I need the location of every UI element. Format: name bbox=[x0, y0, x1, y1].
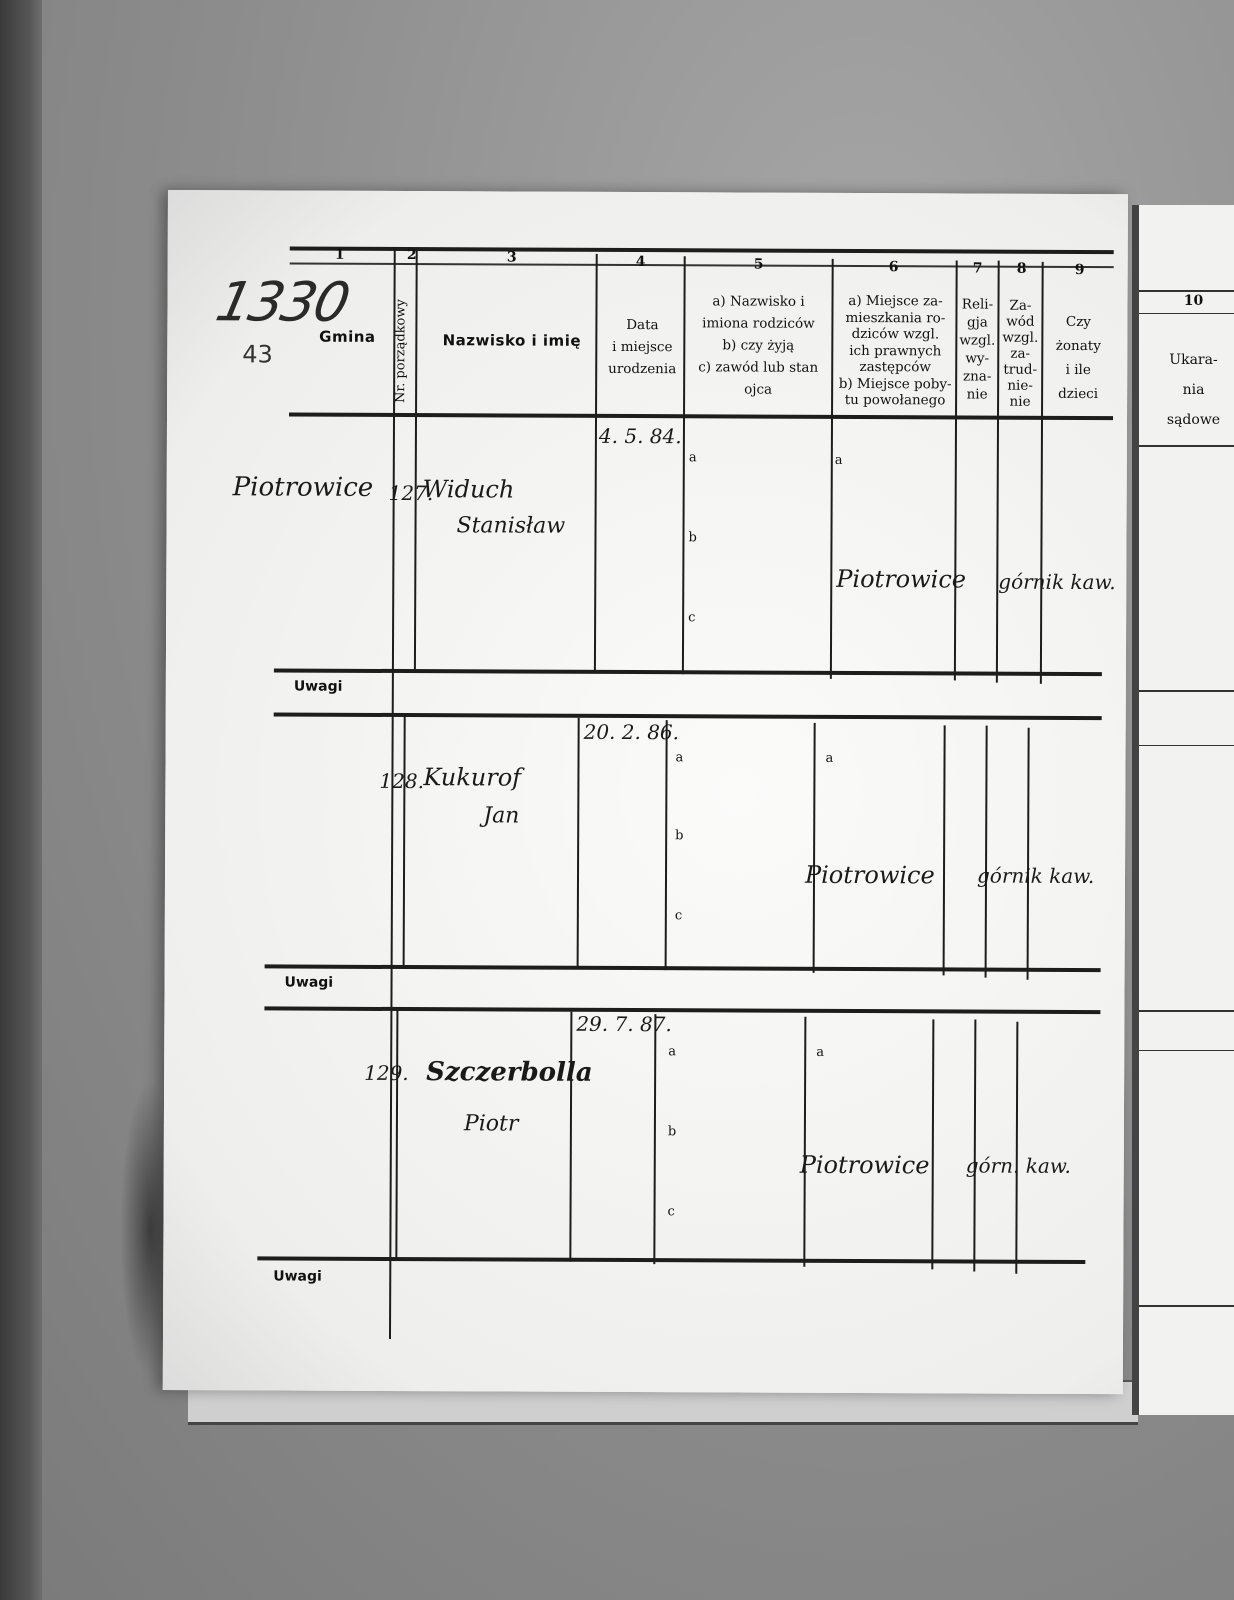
column-divider bbox=[577, 718, 580, 968]
column-title-rodzice: a) Nazwisko i imiona rodziców b) czy żyj… bbox=[683, 290, 833, 401]
row-separator bbox=[274, 668, 1102, 676]
header-bottom-rule bbox=[289, 413, 1113, 421]
rule bbox=[1139, 1305, 1234, 1307]
title-line: ojca bbox=[683, 378, 833, 401]
entry-1-occupation: górnik kaw. bbox=[998, 570, 1115, 595]
column-number-3: 3 bbox=[492, 249, 532, 265]
title-line: urodzenia bbox=[597, 358, 687, 380]
column-number-1: 1 bbox=[320, 247, 360, 263]
column-number-5: 5 bbox=[739, 256, 779, 272]
rule bbox=[1139, 690, 1234, 692]
title-line: wy- bbox=[956, 349, 998, 367]
title-line: i miejsce bbox=[597, 336, 687, 358]
column-title-10: Ukara- nia sądowe bbox=[1145, 345, 1234, 435]
row-separator bbox=[274, 712, 1102, 720]
entry-3-nr: 129. bbox=[364, 1061, 409, 1085]
column-title-miejsce-zamieszkania: a) Miejsce za- mieszkania ro- dziców wzg… bbox=[831, 293, 960, 409]
entry-1-given-name: Stanisław bbox=[456, 513, 565, 538]
sub-label-c: c bbox=[675, 908, 682, 923]
title-line: trud- bbox=[999, 362, 1041, 378]
row-separator bbox=[257, 1256, 1085, 1264]
column-title-nazwisko: Nazwisko i imię bbox=[429, 331, 594, 351]
archive-subnumber: 43 bbox=[242, 340, 273, 368]
column-title-religia: Reli- gja wzgl. wy- zna- nie bbox=[956, 295, 998, 403]
rule bbox=[1139, 1050, 1234, 1051]
column-number-8: 8 bbox=[1002, 261, 1042, 277]
title-line: za- bbox=[999, 346, 1041, 362]
sub-label-b: b bbox=[675, 828, 683, 843]
column-number-4: 4 bbox=[621, 254, 661, 270]
sub-label-c: c bbox=[688, 610, 695, 625]
title-line: imiona rodziców bbox=[683, 312, 833, 335]
column-title-data-urodzenia: Data i miejsce urodzenia bbox=[597, 314, 687, 380]
title-line: żonaty bbox=[1043, 334, 1113, 358]
title-line: mieszkania ro- bbox=[831, 309, 959, 326]
sub-label-b: b bbox=[668, 1124, 676, 1139]
title-line: a) Nazwisko i bbox=[683, 290, 833, 313]
column-divider bbox=[569, 1012, 572, 1262]
title-line: nie bbox=[999, 394, 1041, 410]
column-divider bbox=[985, 726, 988, 978]
register-page: 1 2 3 4 5 6 7 8 9 1330 43 Gmina Nr. porz… bbox=[163, 190, 1128, 1394]
title-line: b) Miejsce poby- bbox=[831, 375, 959, 392]
entry-2-surname: Kukurof bbox=[423, 763, 521, 791]
column-divider bbox=[665, 720, 668, 970]
column-divider bbox=[830, 259, 834, 679]
sub-label-a: a bbox=[825, 751, 833, 766]
entry-3-occupation: górn. kaw. bbox=[966, 1153, 1071, 1177]
title-line: b) czy żyją bbox=[683, 334, 833, 357]
entry-3-surname: Szczerbolla bbox=[426, 1057, 593, 1088]
column-number-2: 2 bbox=[392, 247, 432, 263]
title-line: wód bbox=[999, 314, 1041, 330]
column-number-9: 9 bbox=[1060, 262, 1100, 278]
entry-2-given-name: Jan bbox=[483, 803, 519, 828]
title-line: c) zawód lub stan bbox=[683, 356, 833, 379]
title-line: ich prawnych bbox=[831, 342, 959, 359]
remarks-label-1: Uwagi bbox=[294, 679, 343, 695]
title-line: sądowe bbox=[1145, 405, 1234, 435]
rule bbox=[1139, 1010, 1234, 1012]
sub-label-a: a bbox=[675, 750, 683, 765]
column-divider bbox=[954, 260, 958, 680]
column-divider bbox=[943, 725, 946, 975]
entry-2-birth-date: 20. 2. 86. bbox=[584, 720, 680, 744]
entry-1-surname: Widuch bbox=[423, 475, 515, 503]
title-line: wzgl. bbox=[999, 330, 1041, 346]
title-line: Data bbox=[597, 314, 687, 336]
column-title-gmina: Gmina bbox=[307, 328, 387, 347]
entry-1-gmina: Piotrowice bbox=[233, 472, 374, 503]
title-line: zastępców bbox=[831, 359, 959, 376]
column-divider bbox=[1040, 262, 1044, 684]
sub-label-c: c bbox=[668, 1204, 675, 1219]
sub-label-a: a bbox=[835, 453, 843, 468]
title-line: nie- bbox=[999, 378, 1041, 394]
archive-number: 1330 bbox=[211, 270, 354, 334]
column-divider bbox=[1027, 728, 1030, 980]
scanner-edge bbox=[0, 0, 42, 1600]
rule bbox=[1139, 313, 1234, 314]
sub-label-a: a bbox=[816, 1045, 824, 1060]
title-line: Czy bbox=[1043, 310, 1113, 334]
rule bbox=[1139, 745, 1234, 746]
entry-1-birth-date: 4. 5. 84. bbox=[599, 424, 682, 448]
title-line: i ile bbox=[1043, 358, 1113, 382]
column-number-6: 6 bbox=[874, 259, 914, 275]
column-divider bbox=[653, 1014, 656, 1264]
title-line: dzieci bbox=[1043, 382, 1113, 406]
column-divider bbox=[996, 261, 1000, 683]
column-divider bbox=[682, 256, 686, 674]
right-facing-page: 10 Ukara- nia sądowe bbox=[1132, 205, 1234, 1415]
column-title-zonaty: Czy żonaty i ile dzieci bbox=[1043, 310, 1113, 406]
sub-label-b: b bbox=[688, 530, 696, 545]
sub-label-a: a bbox=[668, 1044, 676, 1059]
rule bbox=[1139, 290, 1234, 292]
title-line: tu powołanego bbox=[831, 392, 959, 409]
title-line: dziców wzgl. bbox=[831, 326, 959, 343]
column-divider bbox=[395, 1009, 398, 1259]
column-number-7: 7 bbox=[958, 260, 998, 276]
column-divider bbox=[403, 715, 406, 967]
title-line: Reli- bbox=[956, 295, 998, 313]
column-divider bbox=[1015, 1022, 1018, 1274]
entry-3-birth-date: 29. 7. 87. bbox=[576, 1012, 672, 1036]
title-line: zna- bbox=[956, 367, 998, 385]
title-line: Ukara- bbox=[1145, 345, 1234, 375]
entry-2-nr: 128. bbox=[379, 769, 424, 793]
title-line: Za- bbox=[999, 298, 1041, 314]
title-line: nia bbox=[1145, 375, 1234, 405]
column-title-zawod: Za- wód wzgl. za- trud- nie- nie bbox=[999, 298, 1041, 410]
title-line: nie bbox=[956, 385, 998, 403]
entry-3-residence: Piotrowice bbox=[800, 1151, 930, 1180]
column-divider bbox=[803, 1017, 806, 1267]
column-divider bbox=[931, 1019, 934, 1269]
entry-2-occupation: górnik kaw. bbox=[977, 864, 1094, 889]
column-divider bbox=[414, 249, 418, 669]
entry-3-given-name: Piotr bbox=[464, 1111, 519, 1136]
remarks-label-2: Uwagi bbox=[285, 975, 334, 991]
entry-2-residence: Piotrowice bbox=[805, 861, 935, 890]
sub-label-a: a bbox=[689, 450, 697, 465]
entry-1-residence: Piotrowice bbox=[836, 565, 966, 594]
column-divider bbox=[973, 1020, 976, 1272]
column-divider bbox=[813, 723, 816, 973]
remarks-label-3: Uwagi bbox=[273, 1268, 322, 1284]
title-line: a) Miejsce za- bbox=[831, 293, 959, 310]
column-number-10: 10 bbox=[1145, 293, 1234, 309]
title-line: wzgl. bbox=[956, 331, 998, 349]
rule bbox=[1139, 445, 1234, 447]
column-divider bbox=[594, 254, 598, 672]
title-line: gja bbox=[956, 313, 998, 331]
